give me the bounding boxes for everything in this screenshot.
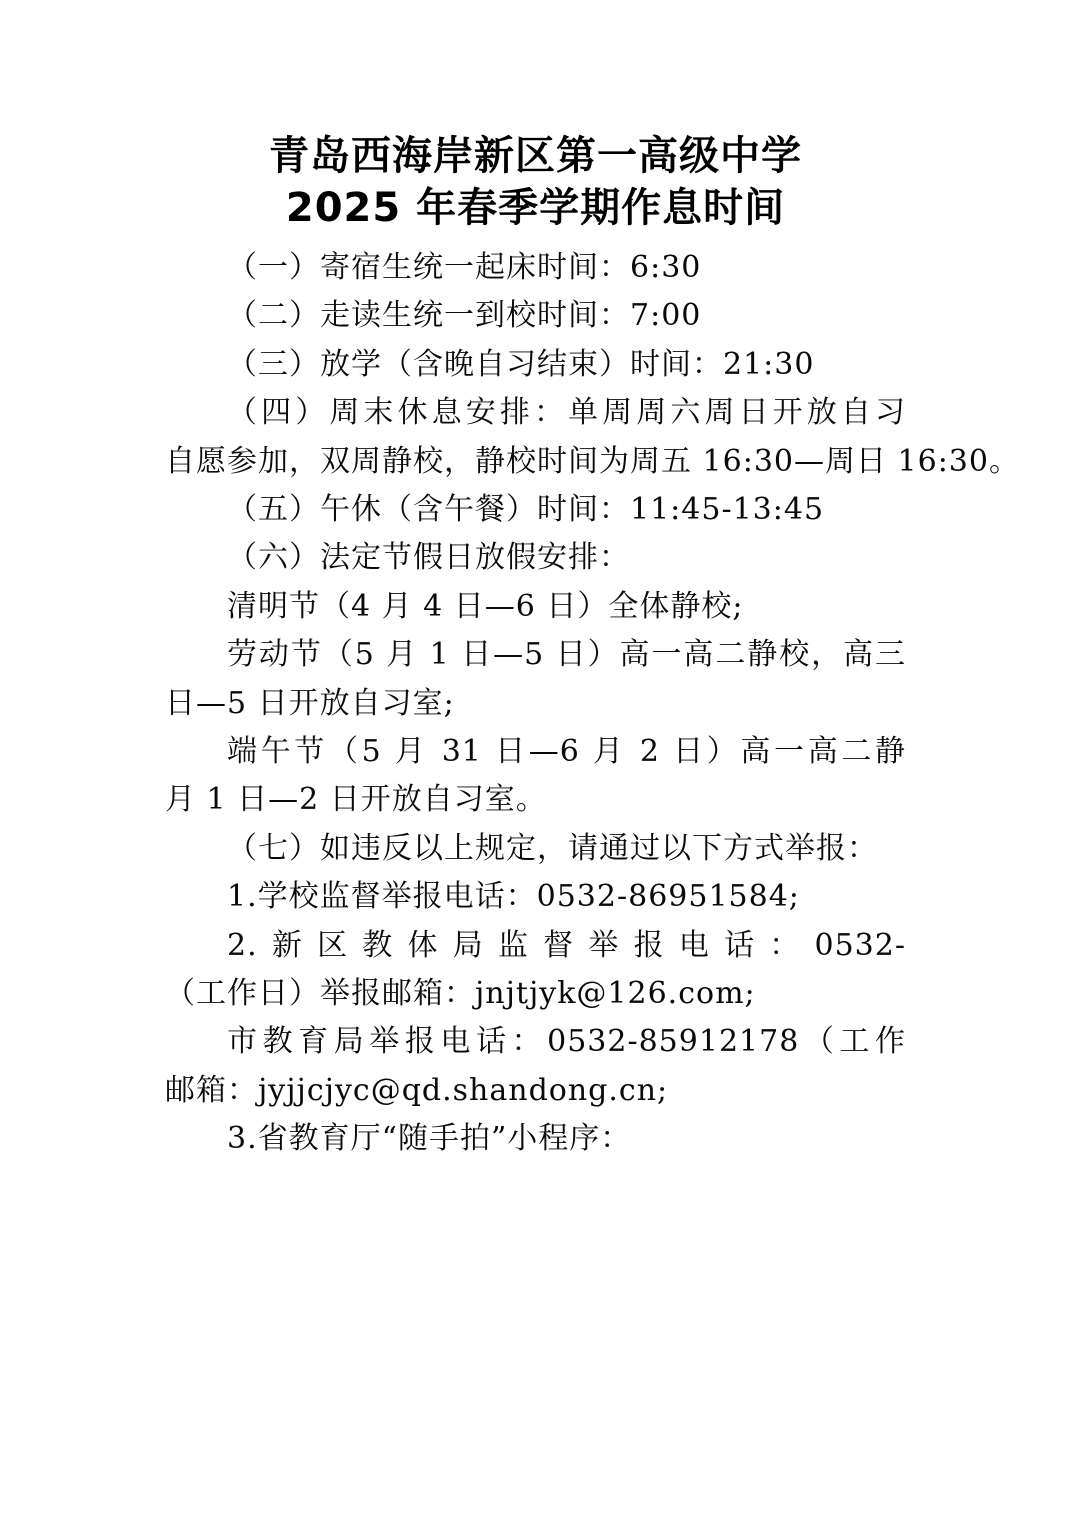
- document-title-block: 青岛西海岸新区第一高级中学 2025 年春季学期作息时间: [165, 130, 906, 234]
- body-line: （工作日）举报邮箱：jnjtjyk@126.com;: [165, 970, 906, 1018]
- body-line: 端午节（5 月 31 日—6 月 2 日）高一高二静校，高三 6: [165, 728, 906, 776]
- body-line: 3.省教育厅“随手拍”小程序：: [165, 1115, 906, 1163]
- body-line: （五）午休（含午餐）时间：11:45-13:45: [165, 486, 906, 534]
- body-line: （六）法定节假日放假安排：: [165, 534, 906, 582]
- body-line: （二）走读生统一到校时间：7:00: [165, 292, 906, 340]
- document-title: 青岛西海岸新区第一高级中学: [165, 130, 906, 182]
- body-line: 劳动节（5 月 1 日—5 日）高一高二静校，高三 5 月 3: [165, 631, 906, 679]
- body-line: 1.学校监督举报电话：0532-86951584;: [165, 873, 906, 921]
- body-line: （一）寄宿生统一起床时间：6:30: [165, 244, 906, 292]
- body-line: 2.新区教体局监督举报电话：0532-88182559/88192020: [165, 922, 906, 970]
- body-line: 清明节（4 月 4 日—6 日）全体静校;: [165, 583, 906, 631]
- document-body: （一）寄宿生统一起床时间：6:30 （二）走读生统一到校时间：7:00 （三）放…: [165, 244, 906, 1164]
- page: 青岛西海岸新区第一高级中学 2025 年春季学期作息时间 （一）寄宿生统一起床时…: [0, 0, 1074, 1520]
- body-line: 邮箱：jyjjcjyc@qd.shandong.cn;: [165, 1067, 906, 1115]
- document-content: 青岛西海岸新区第一高级中学 2025 年春季学期作息时间 （一）寄宿生统一起床时…: [165, 130, 906, 1164]
- body-line: （三）放学（含晚自习结束）时间：21:30: [165, 341, 906, 389]
- body-line: 月 1 日—2 日开放自习室。: [165, 776, 906, 824]
- document-subtitle: 2025 年春季学期作息时间: [165, 182, 906, 234]
- body-line: （四）周末休息安排：单周周六周日开放自习室，学生: [165, 389, 906, 437]
- body-line: 市教育局举报电话：0532-85912178（工作日）；举报: [165, 1018, 906, 1066]
- body-line: （七）如违反以上规定，请通过以下方式举报：: [165, 825, 906, 873]
- body-line: 日—5 日开放自习室;: [165, 680, 906, 728]
- body-line: 自愿参加，双周静校，静校时间为周五 16:30—周日 16:30。: [165, 438, 906, 486]
